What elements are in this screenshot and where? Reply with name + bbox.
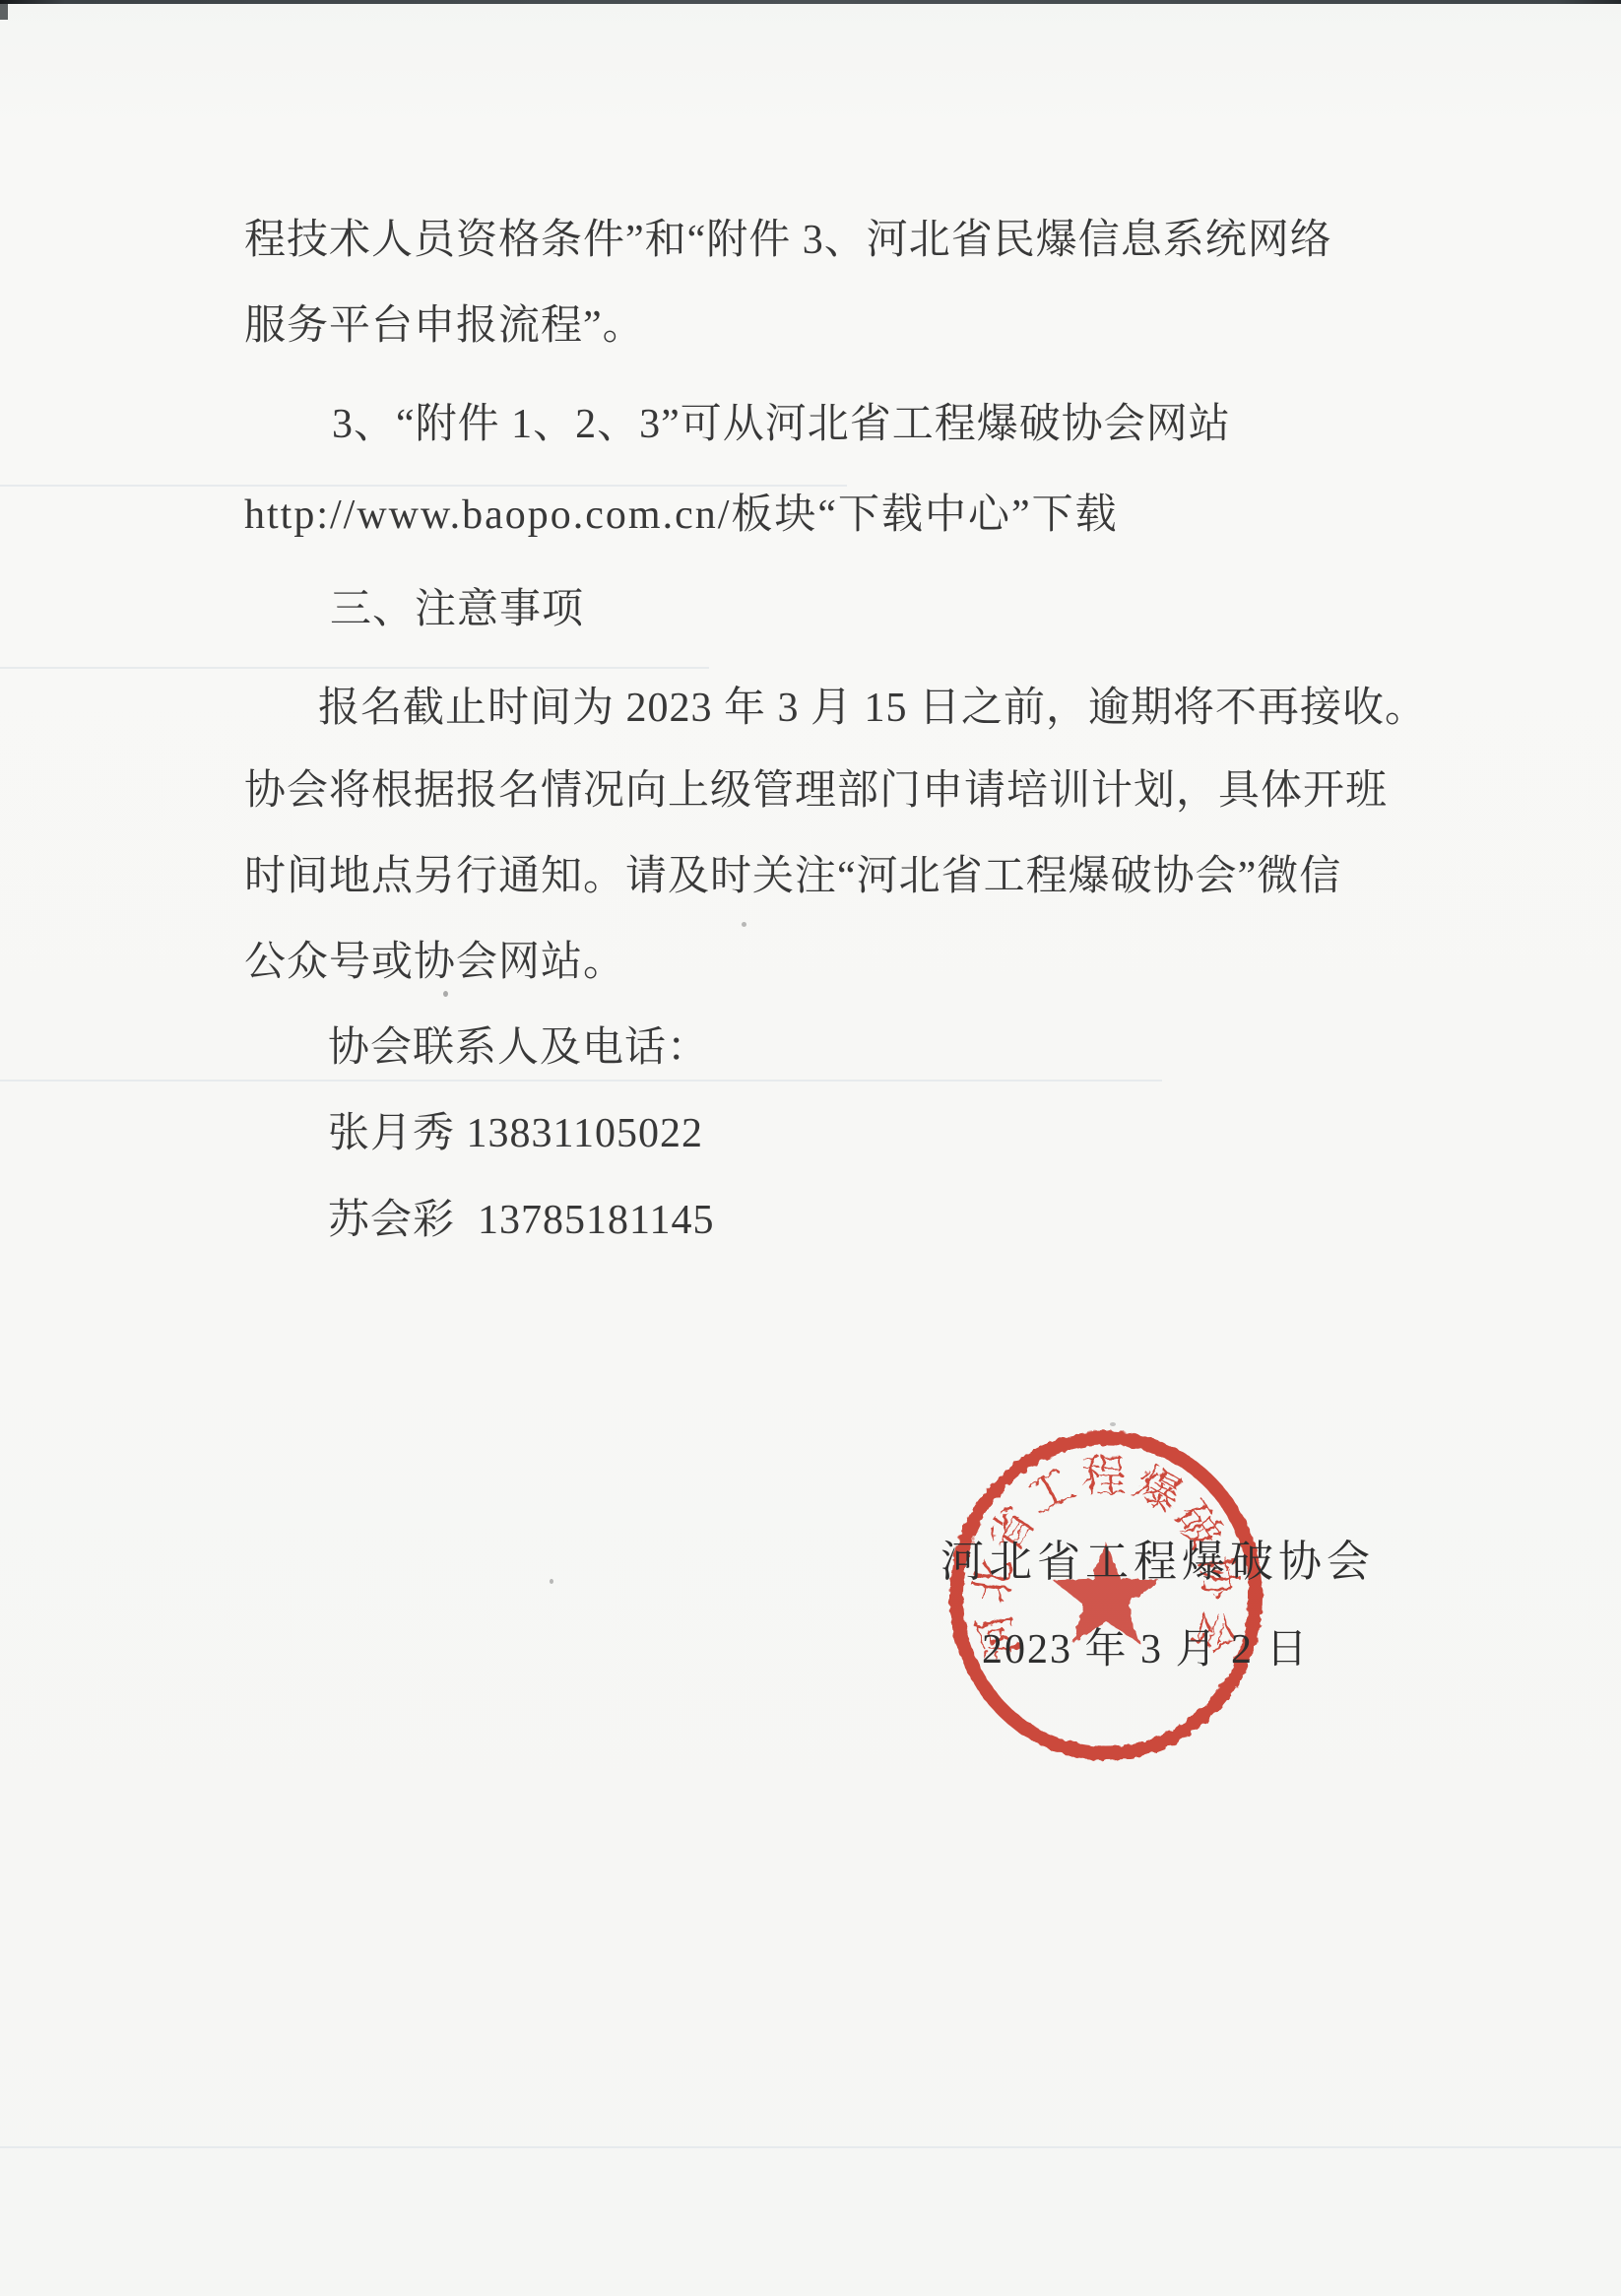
signature-date: 2023 年 3 月 2 日 — [982, 1627, 1310, 1673]
scan-speck — [742, 922, 746, 927]
scan-corner-artifact — [0, 4, 8, 20]
scan-band-artifact — [0, 667, 709, 669]
contact-su: 苏会彩 13785181145 — [328, 1198, 714, 1243]
scan-band-artifact — [0, 2146, 1621, 2148]
scan-edge-artifact — [0, 0, 1621, 4]
url-line: http://www.baopo.com.cn/板块“下载中心”下载 — [244, 492, 1119, 538]
section-heading-notes: 三、注意事项 — [330, 587, 584, 632]
signature-organization: 河北省工程爆破协会 — [940, 1539, 1375, 1586]
doc-text-line: 时间地点另行通知。请及时关注“河北省工程爆破协会”微信 — [244, 854, 1341, 899]
contact-zhang: 张月秀 13831105022 — [328, 1111, 703, 1156]
scan-band-artifact — [0, 485, 847, 487]
official-seal: 河北省工程爆破协会 — [925, 1409, 1289, 1783]
scanned-notice-page: 程技术人员资格条件”和“附件 3、河北省民爆信息系统网络 服务平台申报流程”。 … — [0, 0, 1621, 2296]
scan-speck — [443, 991, 448, 997]
scan-band-artifact — [0, 1080, 1162, 1082]
deadline-line: 报名截止时间为 2023 年 3 月 15 日之前，逾期将不再接收。 — [318, 686, 1427, 731]
attachment-note-line: 3、“附件 1、2、3”可从河北省工程爆破协会网站 — [332, 402, 1231, 447]
doc-text-line: 服务平台申报流程”。 — [244, 303, 645, 349]
doc-text-line: 公众号或协会网站。 — [244, 940, 625, 985]
contact-heading: 协会联系人及电话： — [328, 1025, 709, 1071]
scan-speck — [550, 1579, 553, 1584]
doc-text-line: 程技术人员资格条件”和“附件 3、河北省民爆信息系统网络 — [244, 218, 1332, 263]
doc-text-line: 协会将根据报名情况向上级管理部门申请培训计划，具体开班 — [244, 768, 1388, 814]
